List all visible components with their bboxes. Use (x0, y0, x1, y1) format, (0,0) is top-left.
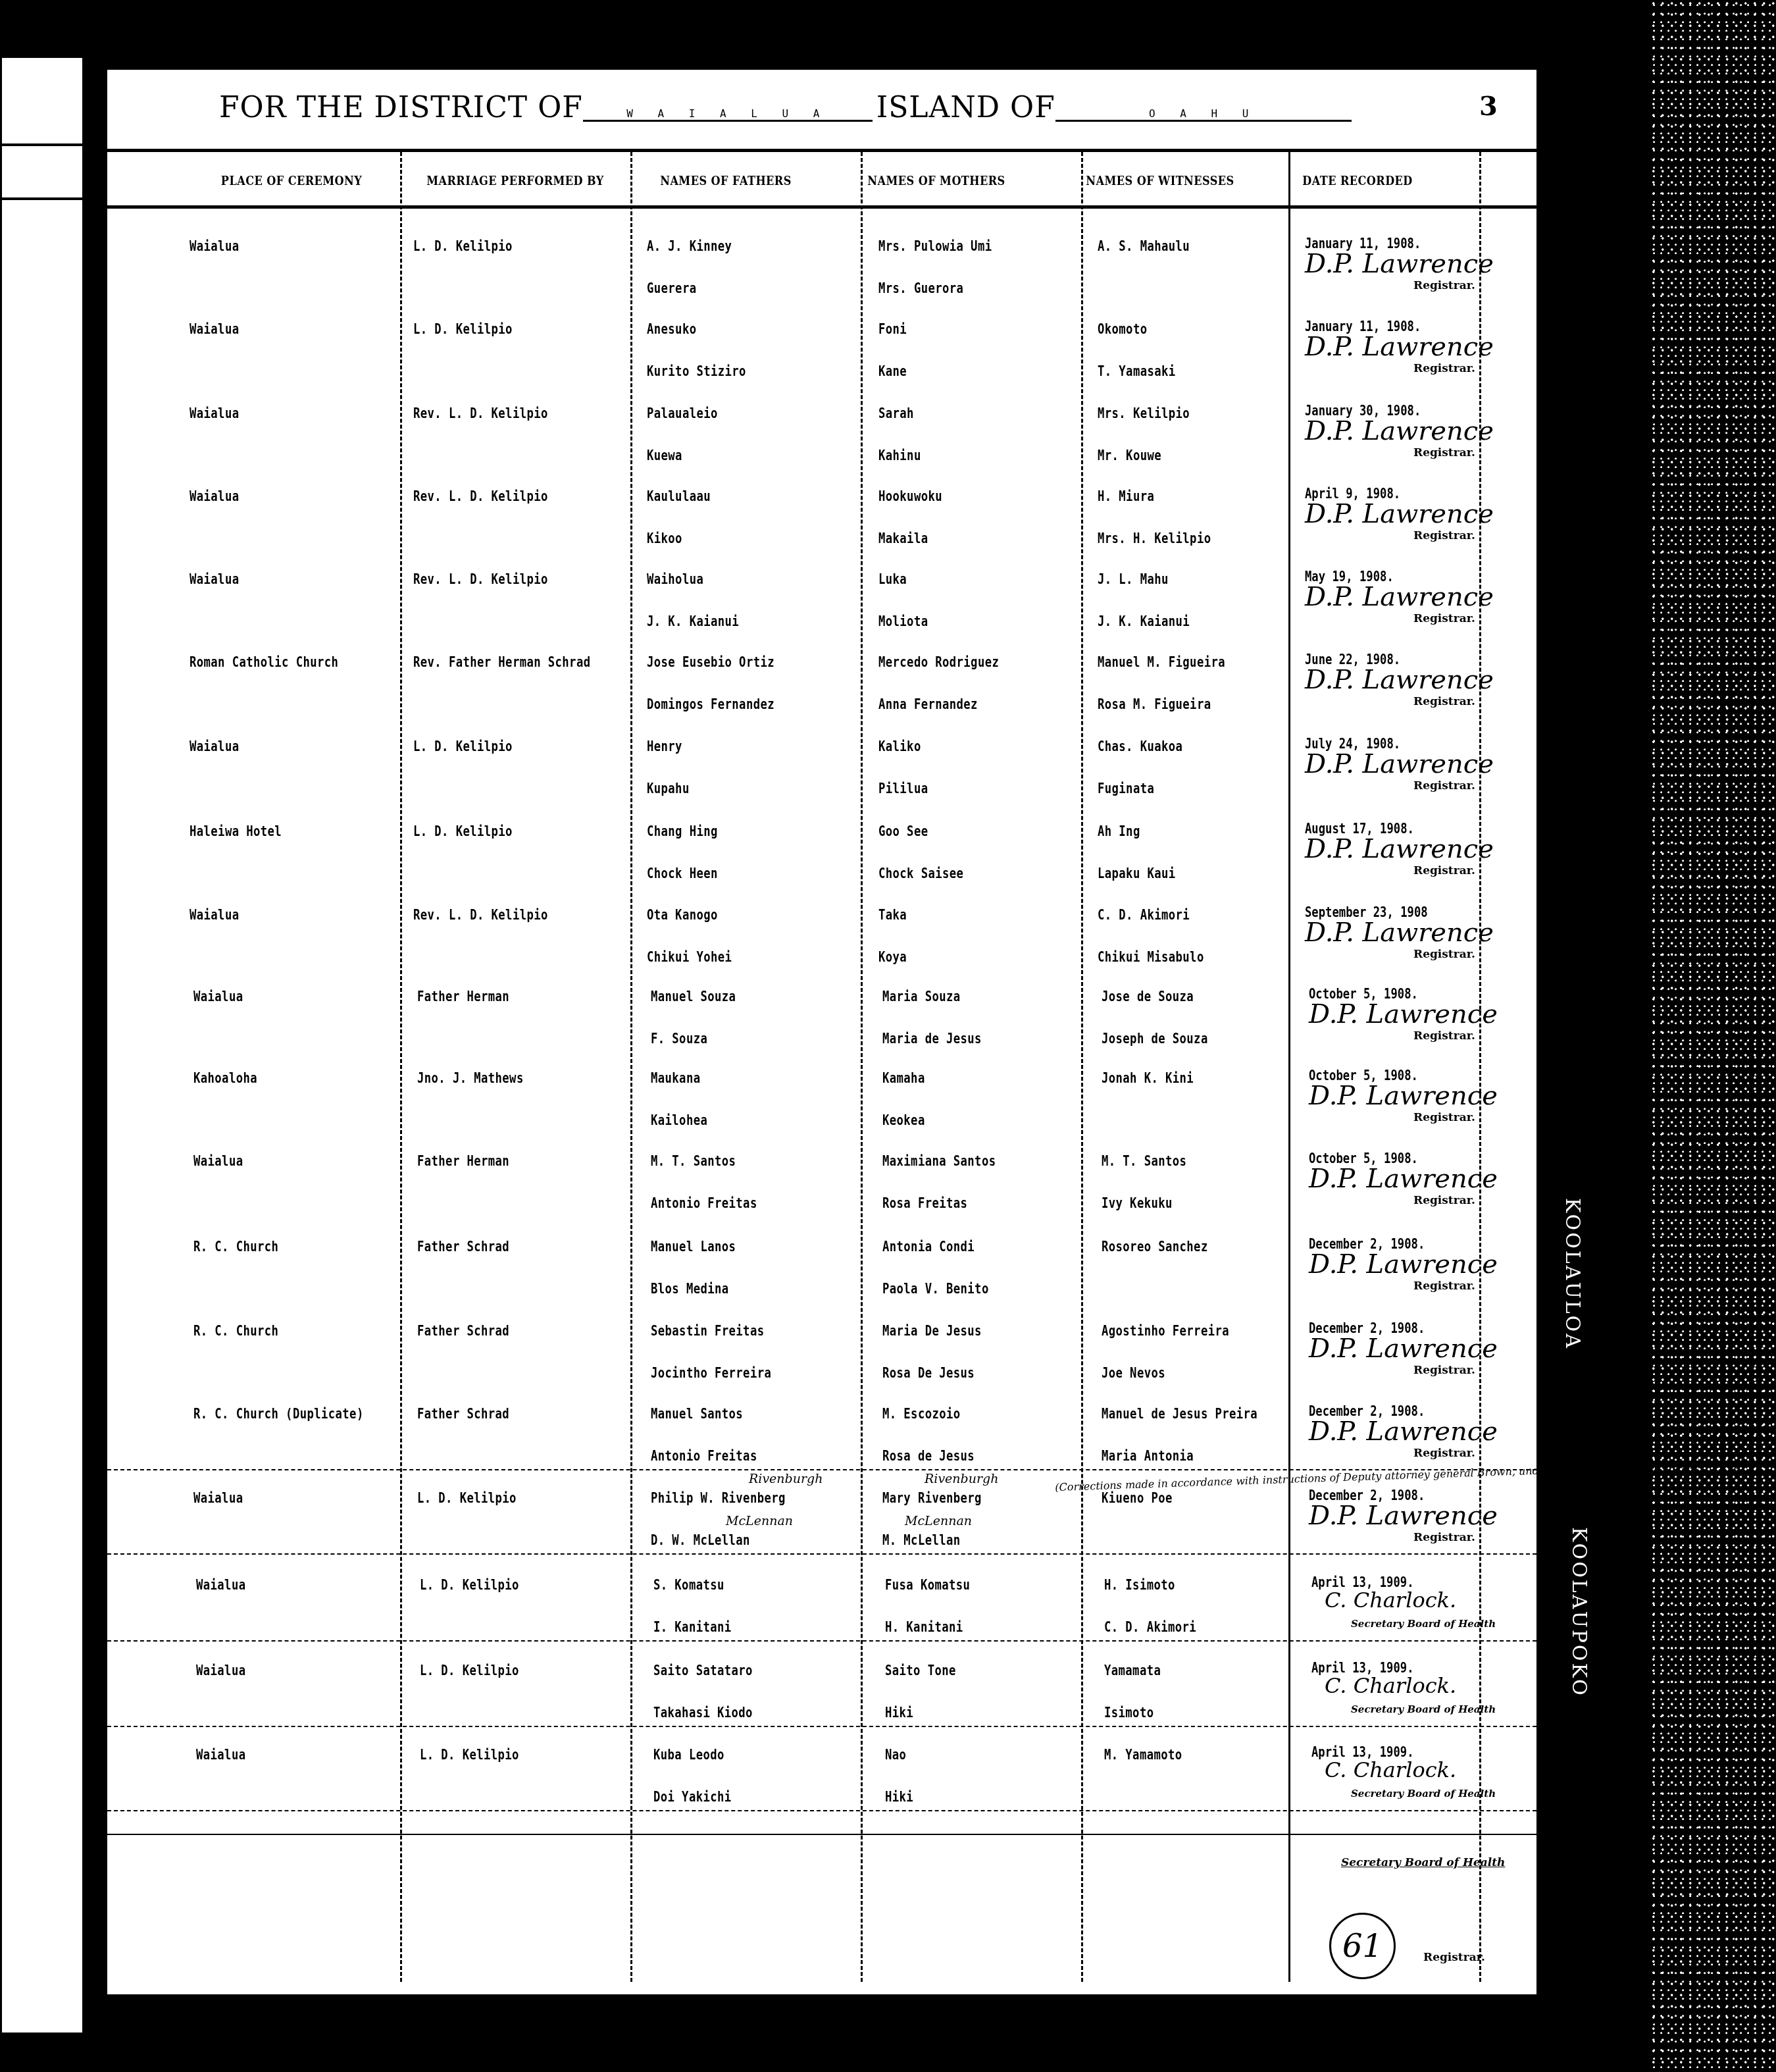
record-mother-bride: Makaila (878, 531, 928, 546)
record-mother-bride: Kahinu (878, 448, 921, 463)
record-father-groom: Manuel Santos (651, 1406, 743, 1422)
record-performed-by: L. D. Kelilpio (413, 823, 513, 839)
record-father-bride: J. K. Kaianui (647, 613, 739, 629)
record-father-bride: Antonio Freitas (651, 1195, 757, 1211)
record-mother-groom: Luka (878, 571, 907, 587)
record-place: R. C. Church (Duplicate) (193, 1406, 364, 1422)
row-separator (107, 1726, 1536, 1727)
record-father-bride: F. Souza (651, 1031, 707, 1047)
registrar-signature: D.P. Lawrence (1305, 918, 1494, 948)
record-father-groom: Anesuko (647, 321, 696, 337)
column-divider (1081, 152, 1083, 1982)
record-father-groom: Manuel Souza (651, 989, 736, 1004)
record-witness-1: H. Isimoto (1104, 1577, 1175, 1593)
row-separator (107, 1998, 1536, 2000)
record-mother-groom: Mercedo Rodriguez (878, 654, 999, 670)
record-mother-bride: Koya (878, 949, 907, 965)
registrar-signature: D.P. Lawrence (1305, 582, 1494, 612)
record-witness-2: T. Yamasaki (1098, 363, 1176, 379)
record-witness-2: Joseph de Souza (1102, 1031, 1208, 1047)
record-mother-groom: Maximiana Santos (882, 1153, 996, 1169)
record-performed-by: Father Schrad (417, 1323, 509, 1339)
record-witness-2: Ivy Kekuku (1102, 1195, 1173, 1211)
record-witness-2: Joe Nevos (1102, 1365, 1165, 1381)
signer-title: Registrar. (1413, 864, 1475, 877)
record-mother-groom: Goo See (878, 823, 928, 839)
record-mother-groom: Nao (885, 1747, 906, 1763)
record-father-groom: A. J. Kinney (647, 238, 732, 254)
column-header-performed-by: MARRIAGE PERFORMED BY (426, 174, 605, 188)
record-father-groom: Kuba Leodo (653, 1747, 724, 1763)
record-father-groom: S. Komatsu (653, 1577, 724, 1593)
record-mother-bride: Moliota (878, 613, 928, 629)
record-place: Kahoaloha (193, 1070, 257, 1086)
record-place: Waialua (190, 738, 239, 754)
page-number: 3 (1479, 91, 1498, 122)
margin-label-koolauloa: KOOLAULOA (1561, 1198, 1584, 1350)
record-witness-1: Okomoto (1098, 321, 1147, 337)
record-mother-groom: Sarah (878, 405, 914, 421)
record-witness-1: M. T. Santos (1102, 1153, 1186, 1169)
signer-title: Registrar. (1413, 1111, 1475, 1124)
record-father-groom: Palaualeio (647, 405, 718, 421)
row-separator (107, 1469, 1536, 1470)
column-header-fathers: NAMES OF FATHERS (636, 174, 815, 188)
island-label: ISLAND OF (876, 91, 1055, 124)
record-father-bride: Kikoo (647, 531, 682, 546)
row-separator (107, 1810, 1536, 1811)
registrar-signature: D.P. Lawrence (1305, 749, 1494, 779)
blank-row-secretary-label: Secretary Board of Health (1341, 1856, 1505, 1869)
column-divider (861, 152, 863, 1982)
district-value: W A I A L U A (583, 107, 873, 122)
record-father-bride: Antonio Freitas (651, 1448, 757, 1464)
record-performed-by: L. D. Kelilpio (420, 1663, 519, 1678)
record-witness-2: Chikui Misabulo (1098, 949, 1204, 965)
scan-edge (1606, 0, 1776, 2072)
record-father-bride: Blos Medina (651, 1281, 729, 1297)
record-mother-groom: Taka (878, 907, 907, 923)
record-witness-1: J. L. Mahu (1098, 571, 1169, 587)
record-father-groom: Philip W. Rivenberg (651, 1490, 786, 1506)
record-father-groom: Waiholua (647, 571, 703, 587)
record-mother-bride: H. Kanitani (885, 1619, 963, 1635)
column-divider (630, 152, 632, 1982)
record-mother-bride: Pililua (878, 781, 928, 796)
registrar-signature: D.P. Lawrence (1309, 1501, 1498, 1531)
record-place: Waialua (190, 907, 239, 923)
record-place: R. C. Church (193, 1323, 278, 1339)
signer-title: Registrar. (1413, 948, 1475, 961)
previous-page-strip (2, 58, 82, 2033)
signer-title: Registrar. (1413, 1364, 1475, 1377)
register-page: FOR THE DISTRICT OFW A I A L U AISLAND O… (107, 70, 1536, 1994)
record-witness-2: Maria Antonia (1102, 1448, 1194, 1464)
signer-title: Secretary Board of Health (1351, 1703, 1496, 1715)
record-place: Roman Catholic Church (190, 654, 338, 670)
record-witness-2: C. D. Akimori (1104, 1619, 1196, 1635)
record-performed-by: Father Schrad (417, 1406, 509, 1422)
signer-title: Registrar. (1413, 279, 1475, 292)
record-place: Waialua (196, 1663, 245, 1678)
signer-title: Registrar. (1413, 1531, 1475, 1544)
circled-page-number: 61 (1329, 1913, 1396, 1979)
record-father-bride: Domingos Fernandez (647, 696, 774, 712)
record-mother-bride: Hiki (885, 1789, 913, 1805)
registrar-signature: C. Charlock. (1325, 1588, 1456, 1613)
column-divider (400, 152, 402, 1982)
record-mother-bride: Chock Saisee (878, 866, 963, 881)
correction-father-groom: Rivenburgh (749, 1472, 823, 1486)
record-mother-groom: M. Escozoio (882, 1406, 961, 1422)
record-witness-1: Manuel de Jesus Preira (1102, 1406, 1257, 1422)
column-header-date: DATE RECORDED (1268, 174, 1447, 188)
record-performed-by: L. D. Kelilpio (417, 1490, 517, 1506)
record-witness-1: C. D. Akimori (1098, 907, 1190, 923)
record-father-bride: Doi Yakichi (653, 1789, 732, 1805)
registrar-signature: D.P. Lawrence (1309, 1081, 1498, 1111)
header-bottom-rule (107, 205, 1536, 209)
column-divider (1288, 152, 1290, 1982)
record-mother-groom: Maria De Jesus (882, 1323, 982, 1339)
record-witness-2: Fuginata (1098, 781, 1154, 796)
record-mother-groom: Antonia Condi (882, 1239, 975, 1255)
record-father-groom: Henry (647, 738, 682, 754)
record-father-bride: Kailohea (651, 1112, 707, 1128)
record-place: Waialua (193, 1490, 243, 1506)
record-performed-by: L. D. Kelilpio (420, 1747, 519, 1763)
record-mother-groom: Kamaha (882, 1070, 925, 1086)
record-performed-by: L. D. Kelilpio (413, 738, 513, 754)
record-mother-bride: Rosa De Jesus (882, 1365, 975, 1381)
signer-title: Registrar. (1413, 1029, 1475, 1043)
signer-title: Registrar. (1413, 1194, 1475, 1207)
record-father-bride: I. Kanitani (653, 1619, 732, 1635)
record-mother-bride: Maria de Jesus (882, 1031, 982, 1047)
record-father-groom: Jose Eusebio Ortiz (647, 654, 774, 670)
record-performed-by: Father Herman (417, 1153, 509, 1169)
record-father-groom: Kaululaau (647, 488, 711, 504)
record-mother-bride: M. McLellan (882, 1532, 961, 1548)
blank-row-registrar-label: Registrar. (1423, 1951, 1485, 1964)
row-separator (107, 1640, 1536, 1642)
record-performed-by: Father Schrad (417, 1239, 509, 1255)
record-witness-1: Agostinho Ferreira (1102, 1323, 1229, 1339)
record-mother-groom: Hookuwoku (878, 488, 942, 504)
record-father-groom: Manuel Lanos (651, 1239, 736, 1255)
signer-title: Registrar. (1413, 779, 1475, 792)
record-performed-by: Rev. L. D. Kelilpio (413, 571, 548, 587)
record-mother-bride: Rosa de Jesus (882, 1448, 975, 1464)
registrar-signature: D.P. Lawrence (1305, 665, 1494, 695)
record-place: Waialua (193, 1153, 243, 1169)
row-separator (107, 1553, 1536, 1555)
record-witness-1: Yamamata (1104, 1663, 1161, 1678)
column-header-mothers: NAMES OF MOTHERS (847, 174, 1026, 188)
record-performed-by: Rev. L. D. Kelilpio (413, 907, 548, 923)
signer-title: Secretary Board of Health (1351, 1618, 1496, 1630)
record-performed-by: L. D. Kelilpio (413, 238, 513, 254)
record-witness-1: Mrs. Kelilpio (1098, 405, 1190, 421)
signer-title: Registrar. (1413, 612, 1475, 625)
record-witness-1: Rosoreo Sanchez (1102, 1239, 1208, 1255)
record-witness-2: Mrs. H. Kelilpio (1098, 531, 1211, 546)
record-witness-1: M. Yamamoto (1104, 1747, 1182, 1763)
record-performed-by: L. D. Kelilpio (413, 321, 513, 337)
record-mother-bride: Paola V. Benito (882, 1281, 989, 1297)
record-witness-2: Lapaku Kaui (1098, 866, 1176, 881)
record-mother-bride: Mrs. Guerora (878, 280, 963, 296)
record-place: Waialua (190, 571, 239, 587)
record-place: Waialua (193, 989, 243, 1004)
record-mother-bride: Kane (878, 363, 907, 379)
record-place: Waialua (190, 405, 239, 421)
record-mother-bride: Hiki (885, 1705, 913, 1721)
signer-title: Registrar. (1413, 529, 1475, 542)
record-father-bride: Guerera (647, 280, 696, 296)
registrar-signature: D.P. Lawrence (1305, 332, 1494, 362)
registrar-signature: D.P. Lawrence (1309, 1164, 1498, 1194)
registrar-signature: D.P. Lawrence (1309, 999, 1498, 1029)
record-performed-by: Rev. L. D. Kelilpio (413, 405, 548, 421)
record-father-bride: D. W. McLellan (651, 1532, 750, 1548)
record-place: Waialua (190, 238, 239, 254)
record-mother-groom: Mrs. Pulowia Umi (878, 238, 992, 254)
margin-label-koolaupoko: KOOLAUPOKO (1567, 1527, 1590, 1697)
record-father-bride: Kurito Stiziro (647, 363, 746, 379)
signer-title: Secretary Board of Health (1351, 1788, 1496, 1800)
registrar-signature: D.P. Lawrence (1309, 1416, 1498, 1447)
signer-title: Registrar. (1413, 695, 1475, 708)
page-title: FOR THE DISTRICT OFW A I A L U AISLAND O… (219, 91, 1352, 124)
correction-mother-groom: Rivenburgh (925, 1472, 998, 1486)
record-witness-1: Jose de Souza (1102, 989, 1194, 1004)
registrar-signature: D.P. Lawrence (1305, 249, 1494, 279)
record-mother-groom: Foni (878, 321, 907, 337)
record-place: Waialua (190, 321, 239, 337)
record-father-groom: Chang Hing (647, 823, 718, 839)
record-mother-groom: Saito Tone (885, 1663, 956, 1678)
record-place: Haleiwa Hotel (190, 823, 282, 839)
registrar-signature: D.P. Lawrence (1309, 1249, 1498, 1280)
registrar-signature: D.P. Lawrence (1305, 834, 1494, 864)
record-father-bride: Chikui Yohei (647, 949, 732, 965)
record-mother-groom: Fusa Komatsu (885, 1577, 970, 1593)
island-value: O A H U (1055, 107, 1352, 122)
record-witness-2: Rosa M. Figueira (1098, 696, 1211, 712)
record-witness-1: Jonah K. Kini (1102, 1070, 1194, 1086)
record-mother-groom: Kaliko (878, 738, 921, 754)
record-place: R. C. Church (193, 1239, 278, 1255)
record-father-groom: Ota Kanogo (647, 907, 718, 923)
row-separator (107, 1834, 1536, 1835)
record-father-groom: Sebastin Freitas (651, 1323, 764, 1339)
record-witness-1: Ah Ing (1098, 823, 1140, 839)
registrar-signature: D.P. Lawrence (1305, 416, 1494, 446)
record-witness-1: Kiueno Poe (1102, 1490, 1173, 1506)
record-mother-groom: Maria Souza (882, 989, 961, 1004)
record-mother-bride: Keokea (882, 1112, 925, 1128)
record-witness-1: Manuel M. Figueira (1098, 654, 1225, 670)
record-father-groom: M. T. Santos (651, 1153, 736, 1169)
registrar-signature: C. Charlock. (1325, 1757, 1456, 1782)
signer-title: Registrar. (1413, 446, 1475, 459)
record-witness-2: J. K. Kaianui (1098, 613, 1190, 629)
record-place: Waialua (190, 488, 239, 504)
record-performed-by: Father Herman (417, 989, 509, 1004)
record-place: Waialua (196, 1577, 245, 1593)
record-father-bride: Chock Heen (647, 866, 718, 881)
record-witness-2: Mr. Kouwe (1098, 448, 1161, 463)
record-witness-1: Chas. Kuakoa (1098, 738, 1182, 754)
correction-father-bride: McLennan (726, 1514, 793, 1528)
record-father-bride: Jocintho Ferreira (651, 1365, 771, 1381)
registrar-signature: D.P. Lawrence (1305, 499, 1494, 529)
correction-mother-bride: McLennan (905, 1514, 972, 1528)
record-performed-by: L. D. Kelilpio (420, 1577, 519, 1593)
column-header-place: PLACE OF CEREMONY (202, 174, 381, 188)
record-mother-bride: Rosa Freitas (882, 1195, 967, 1211)
record-place: Waialua (196, 1747, 245, 1763)
record-father-groom: Maukana (651, 1070, 700, 1086)
record-mother-groom: Mary Rivenberg (882, 1490, 982, 1506)
record-performed-by: Rev. Father Herman Schrad (413, 654, 590, 670)
registrar-signature: C. Charlock. (1325, 1673, 1456, 1698)
record-father-bride: Takahasi Kiodo (653, 1705, 753, 1721)
column-header-witnesses: NAMES OF WITNESSES (1071, 174, 1250, 188)
record-performed-by: Rev. L. D. Kelilpio (413, 488, 548, 504)
record-witness-1: H. Miura (1098, 488, 1154, 504)
district-prefix: FOR THE DISTRICT OF (219, 91, 583, 124)
record-performed-by: Jno. J. Mathews (417, 1070, 524, 1086)
record-father-groom: Saito Satataro (653, 1663, 753, 1678)
binding-gutter (82, 0, 107, 2072)
record-witness-2: Isimoto (1104, 1705, 1154, 1721)
record-father-bride: Kuewa (647, 448, 682, 463)
signer-title: Registrar. (1413, 1280, 1475, 1293)
registrar-signature: D.P. Lawrence (1309, 1334, 1498, 1364)
record-father-bride: Kupahu (647, 781, 690, 796)
record-witness-1: A. S. Mahaulu (1098, 238, 1190, 254)
header-top-rule (107, 149, 1536, 152)
record-mother-bride: Anna Fernandez (878, 696, 978, 712)
signer-title: Registrar. (1413, 1447, 1475, 1460)
signer-title: Registrar. (1413, 362, 1475, 375)
